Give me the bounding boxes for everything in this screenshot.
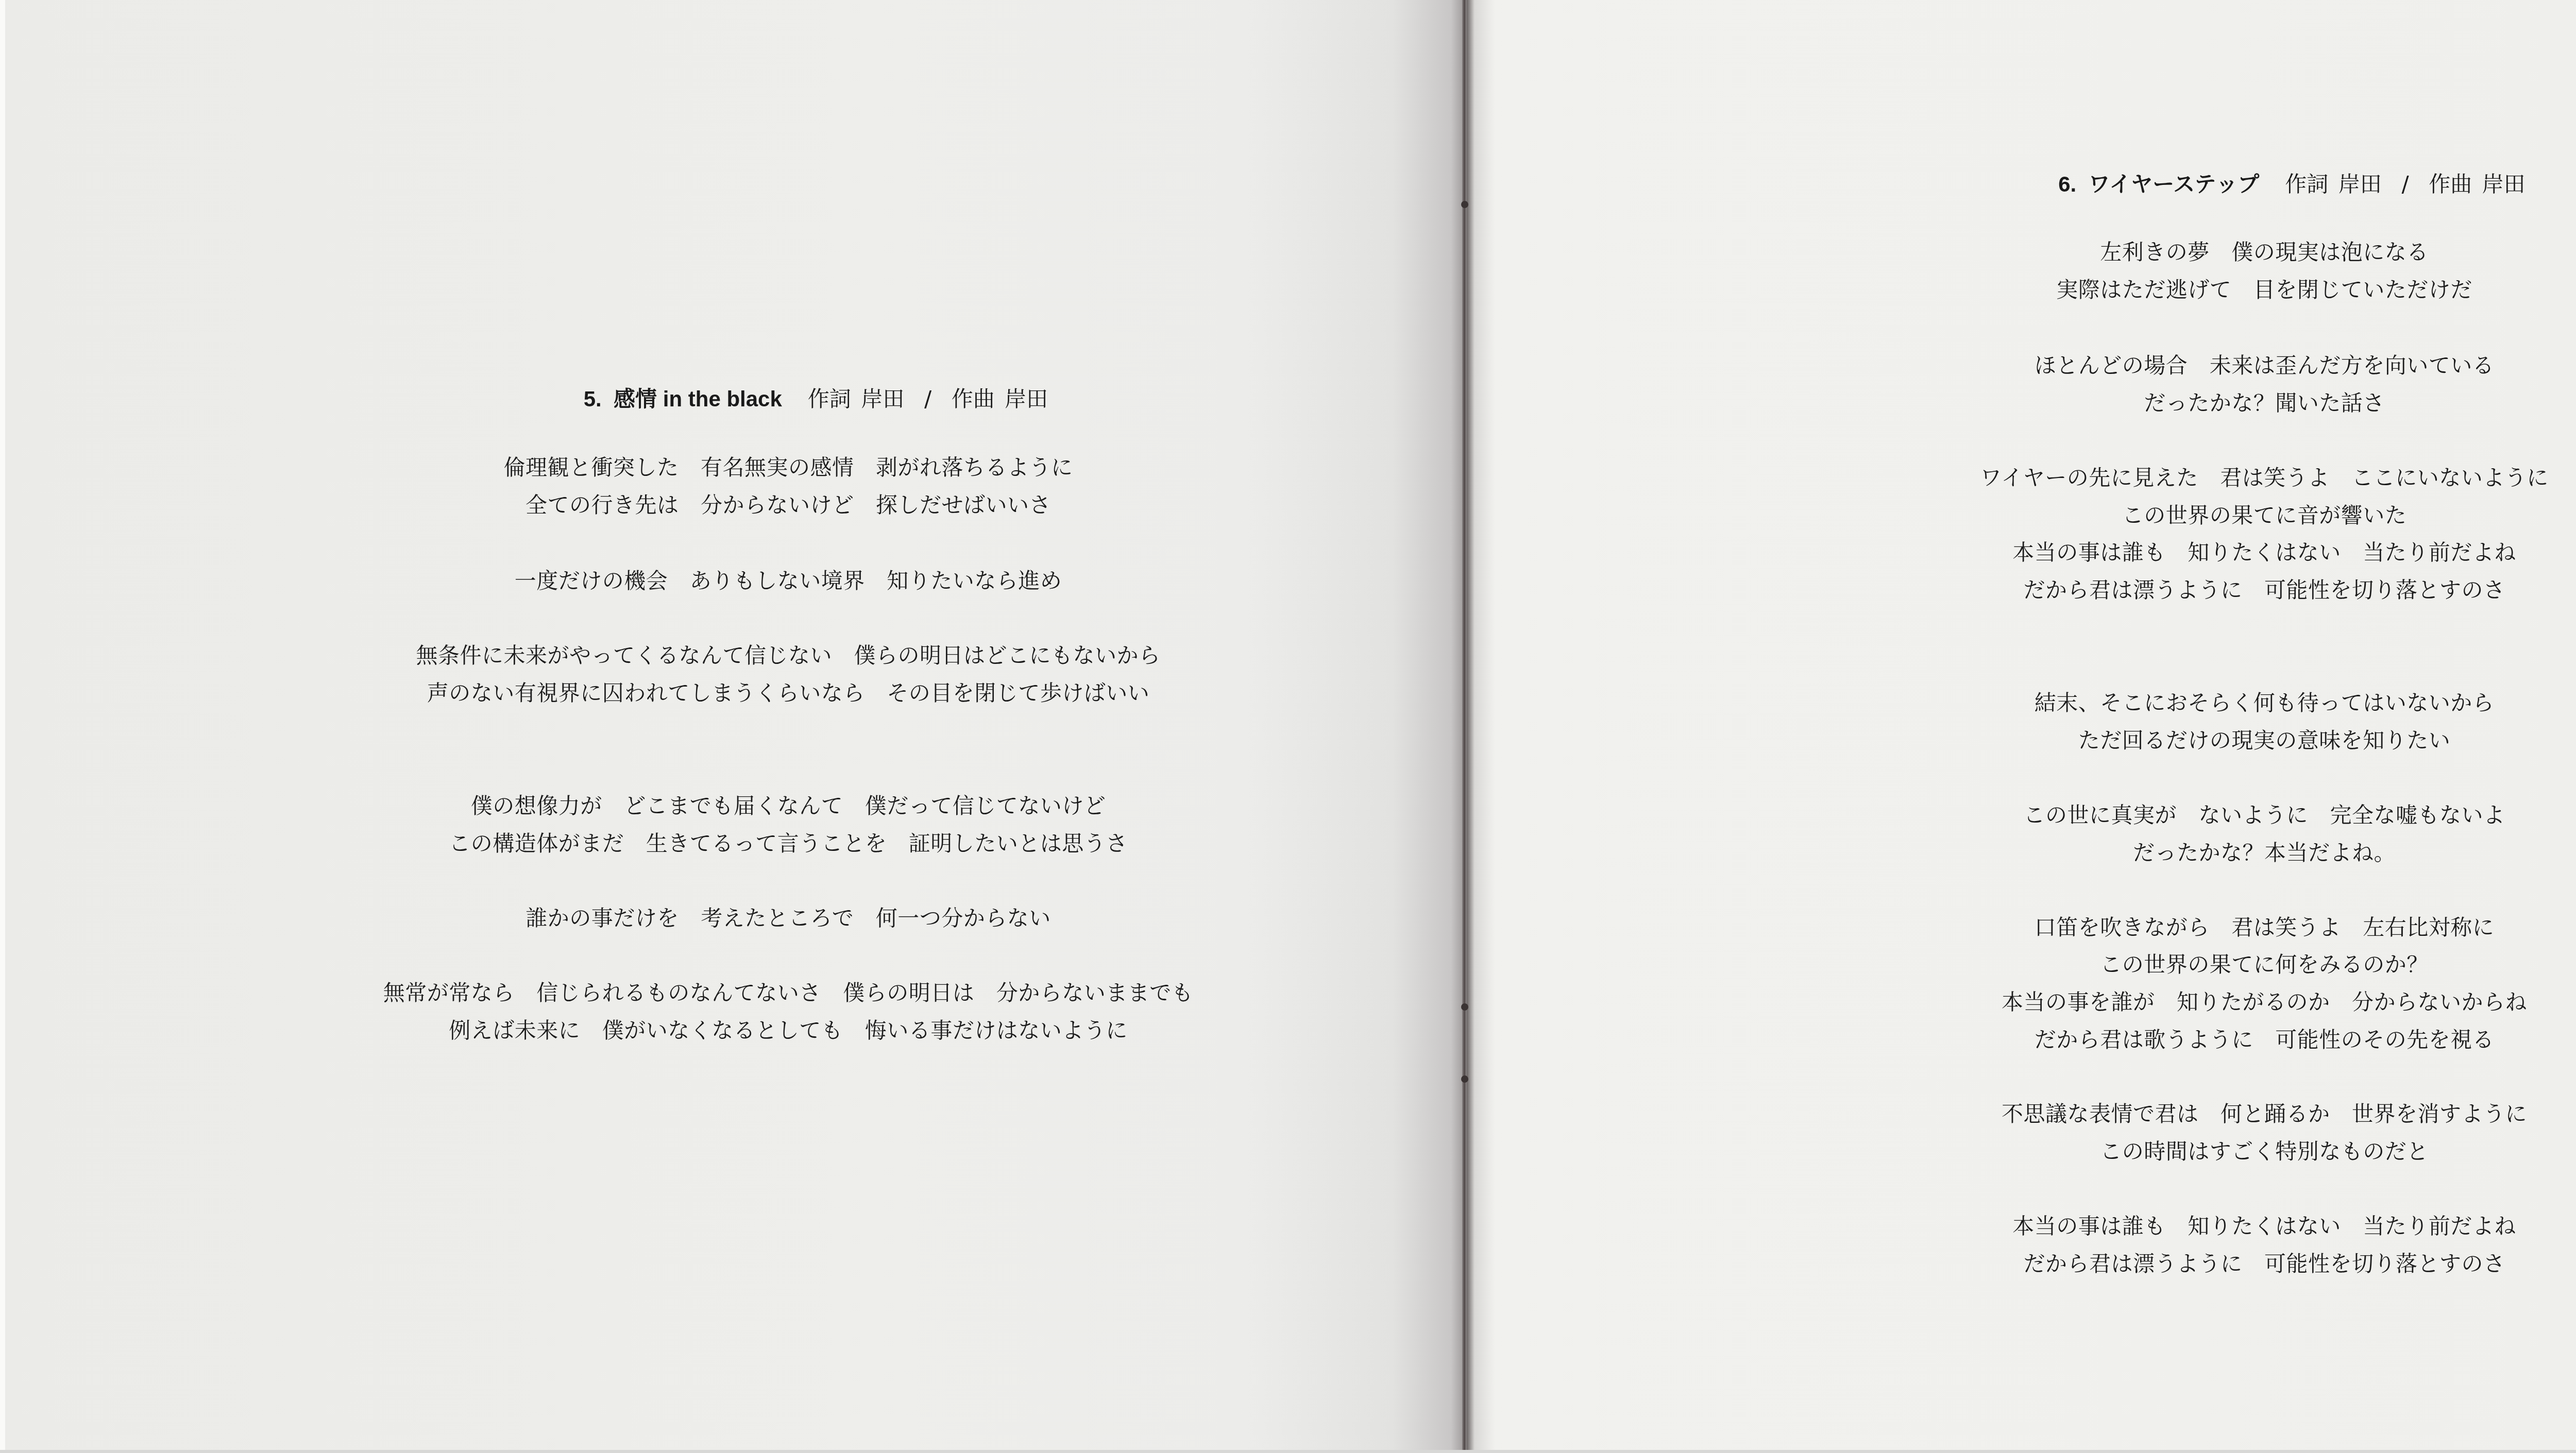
song-name: 6. ワイヤーステップ — [2058, 172, 2259, 196]
lyric-line: 僕の想像力が どこまでも届くなんて 僕だって信じてないけど — [222, 792, 1355, 820]
lyric-line: 誰かの事だけを 考えたところで 何一つ分からない — [222, 904, 1355, 933]
song-name: 5. 感情 in the black — [584, 387, 782, 411]
lyric-line: だったかな？本当だよね。 — [1698, 839, 2576, 867]
lyric-line: 無常が常なら 信じられるものなんてないさ 僕らの明日は 分からないままでも — [222, 979, 1355, 1007]
booklet-spread: 5. 感情 in the black作詞 岸田 / 作曲 岸田 倫理観と衝突した… — [0, 0, 2576, 1453]
song-title: 6. ワイヤーステップ作詞 岸田 / 作曲 岸田 — [1698, 138, 2576, 231]
lyric-line: だったかな？聞いた話さ — [1698, 389, 2576, 418]
page-bottom-edge — [0, 1450, 2576, 1453]
lyric-line: この時間はすごく特別なものだと — [1698, 1137, 2576, 1166]
lyric-line: この世に真実が ないように 完全な嘘もないよ — [1698, 801, 2576, 830]
lyric-line: 本当の事は誰も 知りたくはない 当たり前だよね — [1698, 1212, 2576, 1241]
lyric-line: だから君は歌うように 可能性のその先を視る — [1698, 1025, 2576, 1054]
lyric-line: 無条件に未来がやってくるなんて信じない 僕らの明日はどこにもないから — [222, 641, 1355, 670]
lyric-line: 本当の事は誰も 知りたくはない 当たり前だよね — [1698, 538, 2576, 567]
staple — [1461, 1003, 1468, 1011]
lyric-line: だから君は漂うように 可能性を切り落とすのさ — [1698, 1250, 2576, 1278]
song-credits: 作詞 岸田 / 作曲 岸田 — [808, 386, 1048, 412]
lyric-line: 口笛を吹きながら 君は笑うよ 左右比対称に — [1698, 913, 2576, 942]
lyric-line: 例えば未来に 僕がいなくなるとしても 悔いる事だけはないように — [222, 1016, 1355, 1045]
left-page: 5. 感情 in the black作詞 岸田 / 作曲 岸田 倫理観と衝突した… — [0, 0, 1466, 1453]
lyric-line: 不思議な表情で君は 何と踊るか 世界を消すように — [1698, 1100, 2576, 1129]
staple — [1461, 1075, 1468, 1083]
lyric-line: ただ回るだけの現実の意味を知りたい — [1698, 726, 2576, 755]
lyric-line: 倫理観と衝突した 有名無実の感情 剥がれ落ちるように — [222, 453, 1355, 482]
lyric-line: だから君は漂うように 可能性を切り落とすのさ — [1698, 576, 2576, 605]
lyric-line: この世界の果てに音が響いた — [1698, 501, 2576, 530]
right-page: 6. ワイヤーステップ作詞 岸田 / 作曲 岸田 左利きの夢 僕の現実は泡になる… — [1466, 0, 2576, 1453]
lyric-line: 左利きの夢 僕の現実は泡になる — [1698, 238, 2576, 267]
song-credits: 作詞 岸田 / 作曲 岸田 — [2285, 172, 2525, 197]
lyric-line: この構造体がまだ 生きてるって言うことを 証明したいとは思うさ — [222, 829, 1355, 858]
booklet-spine — [1462, 0, 1467, 1453]
lyric-line: ワイヤーの先に見えた 君は笑うよ ここにいないように — [1698, 464, 2576, 492]
lyric-line: この世界の果てに何をみるのか？ — [1698, 950, 2576, 979]
lyric-line: 声のない有視界に囚われてしまうくらいなら その目を閉じて歩けばいい — [222, 679, 1355, 708]
lyric-line: 一度だけの機会 ありもしない境界 知りたいなら進め — [222, 567, 1355, 595]
song-title: 5. 感情 in the black作詞 岸田 / 作曲 岸田 — [222, 353, 1355, 446]
lyric-line: 結末、そこにおそらく何も待ってはいないから — [1698, 689, 2576, 717]
lyric-line: 本当の事を誰が 知りたがるのか 分からないからね — [1698, 988, 2576, 1017]
staple — [1461, 201, 1468, 208]
lyric-line: 全ての行き先は 分からないけど 探しだせばいいさ — [222, 491, 1355, 520]
lyric-line: ほとんどの場合 未来は歪んだ方を向いている — [1698, 351, 2576, 380]
lyric-line: 実際はただ逃げて 目を閉じていただけだ — [1698, 276, 2576, 304]
page-edge — [0, 0, 5, 1453]
